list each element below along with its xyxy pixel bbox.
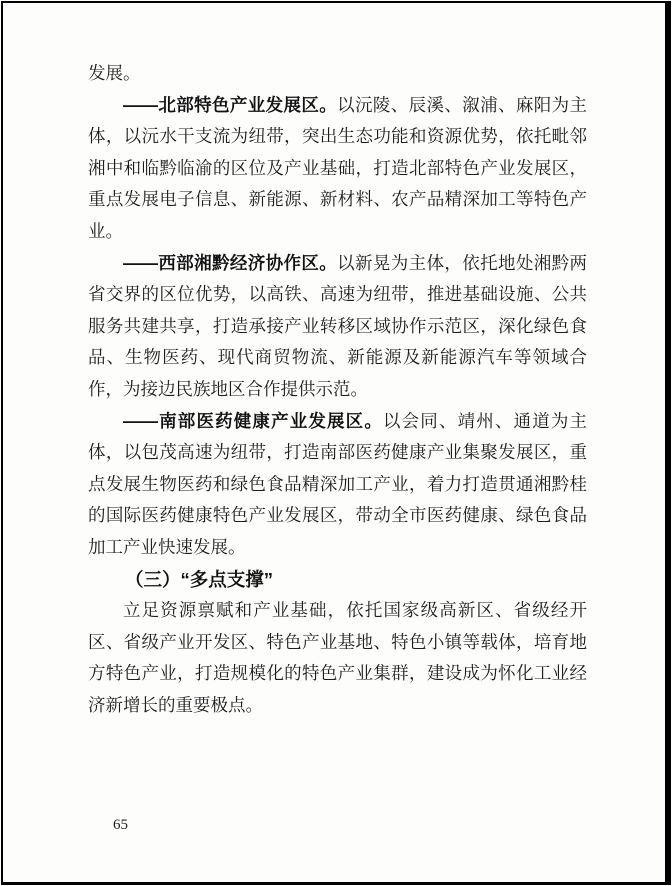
west-zone-lead: ——西部湘黔经济协作区。	[123, 253, 337, 273]
section-heading-three: （三）“多点支撑”	[88, 564, 587, 596]
south-zone-text: 以会同、靖州、通道为主体，以包茂高速为纽带，打造南部医药健康产业集聚发展区，重点…	[88, 411, 587, 557]
north-zone-lead: ——北部特色产业发展区。	[123, 95, 337, 115]
page-number: 65	[113, 817, 128, 834]
south-zone-lead: ——南部医药健康产业发展区。	[123, 411, 383, 431]
paragraph-south-zone: ——南部医药健康产业发展区。以会同、靖州、通道为主体，以包茂高速为纽带，打造南部…	[88, 406, 587, 564]
paragraph-multi-point-support: 立足资源禀赋和产业基础，依托国家级高新区、省级经开区、省级产业开发区、特色产业基…	[88, 595, 587, 721]
west-zone-text: 以新晃为主体，依托地处湘黔两省交界的区位优势，以高铁、高速为纽带，推进基础设施、…	[88, 253, 587, 399]
document-page: 发展。 ——北部特色产业发展区。以沅陵、辰溪、溆浦、麻阳为主体，以沅水干支流为纽…	[1, 1, 671, 885]
paragraph-west-zone: ——西部湘黔经济协作区。以新晃为主体，依托地处湘黔两省交界的区位优势，以高铁、高…	[88, 248, 587, 406]
paragraph-continuation: 发展。	[88, 58, 587, 90]
page-content: 发展。 ——北部特色产业发展区。以沅陵、辰溪、溆浦、麻阳为主体，以沅水干支流为纽…	[88, 58, 587, 721]
paragraph-north-zone: ——北部特色产业发展区。以沅陵、辰溪、溆浦、麻阳为主体，以沅水干支流为纽带，突出…	[88, 90, 587, 248]
north-zone-text: 以沅陵、辰溪、溆浦、麻阳为主体，以沅水干支流为纽带，突出生态功能和资源优势，依托…	[88, 95, 587, 241]
